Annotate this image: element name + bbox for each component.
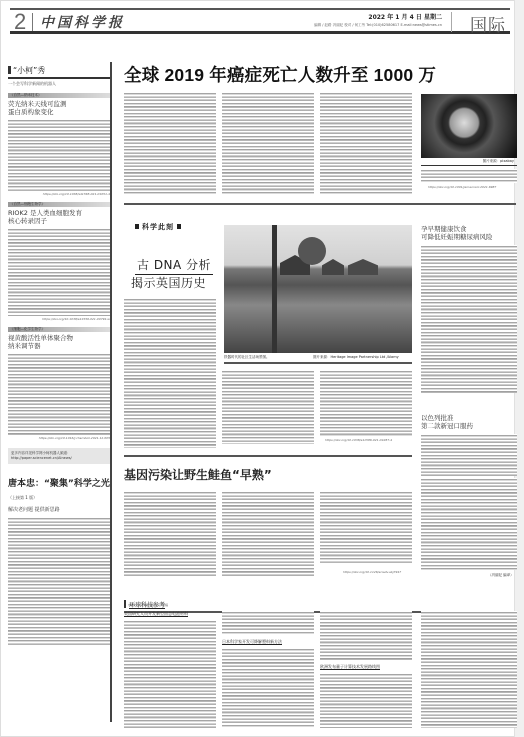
masthead: 2 中国科学报 2022 年 1 月 4 日 星期二 编辑 / 赵路 冯丽妃 校…: [10, 8, 510, 34]
editor-contact: 编辑 / 赵路 冯丽妃 校对 / 何工劳 Tel:(010)62580617 E…: [314, 23, 442, 28]
notice-box[interactable]: 更多内容详见科学网小柯机器人频道： http://paper.sciencene…: [8, 448, 110, 464]
hut: [322, 259, 344, 275]
doi-link[interactable]: https://doi.org/10.1001/jamaoncol.2021.6…: [428, 185, 496, 189]
kicker: 科学此刻: [132, 222, 184, 232]
reference-body-col-3b: [320, 673, 412, 728]
lead-body-col-1: [124, 92, 216, 194]
byline: （冯丽妃 编译）: [488, 573, 514, 578]
brief-title[interactable]: 孕早期健康饮食 可降低妊娠期糖尿病风险: [421, 225, 493, 241]
photo-credit: 图片来源：Heritage Image Partnership Ltd /Ala…: [313, 355, 399, 360]
body-text: [8, 119, 110, 191]
brief-body-text: [421, 245, 517, 393]
divider: [451, 12, 452, 32]
salmon-body-col-4: [421, 478, 517, 570]
science-body-col-3: [320, 370, 412, 436]
reference-body-col-2a: [222, 611, 314, 635]
section-label: 国际: [470, 11, 506, 36]
doi-link[interactable]: https://doi.org/10.1016/j.chembiol.2021.…: [8, 436, 110, 440]
photo-caption: 铁器时代的社区生活场景图。: [224, 355, 270, 360]
body-text: [8, 353, 110, 435]
science-title-line1[interactable]: 古 DNA 分析: [135, 256, 213, 275]
feature-byline: （上接第 1 版）: [8, 495, 110, 501]
divider: [224, 362, 412, 364]
reference-body-col-1: [124, 620, 216, 728]
column-subtitle: 一个会写科学新闻的机器人: [8, 81, 110, 87]
photo-credit: 图片来源：pixabay: [483, 159, 514, 164]
lead-headline[interactable]: 全球 2019 年癌症死亡人数升至 1000 万: [124, 62, 436, 87]
lead-body-col-3: [320, 92, 412, 194]
body-text: [8, 228, 110, 316]
tree: [298, 237, 326, 265]
cancer-cell-photo: [421, 94, 517, 158]
reference-article-title[interactable]: 日本科学家开发可降解塑料新方法: [222, 639, 282, 645]
brief-body-text: [421, 434, 517, 476]
salmon-headline[interactable]: 基因污染让野生鲑鱼“早熟”: [124, 466, 272, 483]
issue-date: 2022 年 1 月 4 日 星期二: [368, 12, 442, 21]
feature-subhead: 解决老问题 提供新思路: [8, 506, 110, 513]
column-header: “小柯”秀: [8, 65, 110, 79]
body-text: [8, 517, 110, 645]
page-number: 2: [14, 11, 26, 33]
reference-body-col-4: [421, 611, 517, 728]
lead-body-col-2: [222, 92, 314, 194]
brief-article: 《细胞—化学生物学》 视黄酸活性单体聚合物 纳米调节器 https://doi.…: [8, 327, 110, 440]
salmon-body-col-1: [124, 491, 216, 577]
reference-article-title[interactable]: 英国研究人员开发新型固态电池材料: [124, 611, 188, 617]
journal-tag: 《自然—细胞生物学》: [8, 202, 110, 207]
square-icon: [135, 224, 139, 229]
column-name: “小柯”秀: [13, 66, 45, 75]
journal-tag: 《自然—纳米技术》: [8, 93, 110, 98]
doi-link[interactable]: https://doi.org/10.1126/sciadv.abj7947: [343, 570, 401, 574]
newspaper-logo: 中国科学报: [40, 12, 125, 32]
salmon-body-col-2: [222, 491, 314, 577]
section-divider: [124, 455, 412, 457]
section-mark-icon: [124, 600, 126, 608]
divider: [421, 165, 517, 166]
square-icon: [177, 224, 181, 229]
brief-title[interactable]: RIOK2 是人类血细胞发育 核心转录因子: [8, 209, 110, 225]
left-column: “小柯”秀 一个会写科学新闻的机器人 《自然—纳米技术》 荧光纳米天线可监测 蛋…: [8, 62, 112, 722]
doi-link[interactable]: https://doi.org/10.1038/s41556-021-00794…: [8, 317, 110, 321]
hut: [348, 259, 378, 275]
feature-title[interactable]: 唐本忠：“聚集”科学之光: [8, 476, 110, 489]
reference-body-col-2b: [222, 648, 314, 728]
science-title-line2[interactable]: 揭示英国历史: [131, 274, 206, 291]
reference-body-col-3a: [320, 611, 412, 661]
section-divider: [124, 203, 516, 205]
brief-article: 《自然—纳米技术》 荧光纳米天线可监测 蛋白质构象变化 https://doi.…: [8, 93, 110, 196]
brief-article: 《自然—细胞生物学》 RIOK2 是人类血细胞发育 核心转录因子 https:/…: [8, 202, 110, 321]
column-mark-icon: [8, 66, 11, 74]
brief-title[interactable]: 荧光纳米天线可监测 蛋白质构象变化: [8, 100, 110, 116]
science-body-col-2: [222, 370, 314, 444]
kicker-label: 科学此刻: [142, 223, 174, 231]
brief-title[interactable]: 以色列批准 第二款新冠口服药: [421, 414, 473, 430]
reference-article-title[interactable]: 欧洲发布量子计算技术发展路线图: [320, 664, 380, 670]
reference-section-subtitle: 中国科学院文献情报中心 供稿: [128, 603, 168, 607]
totem-pole: [272, 225, 277, 353]
salmon-body-col-3: [320, 491, 412, 563]
photo-caption-text: [421, 169, 517, 183]
brief-title[interactable]: 视黄酸活性单体聚合物 纳米调节器: [8, 334, 110, 350]
journal-tag: 《细胞—化学生物学》: [8, 327, 110, 332]
doi-link[interactable]: https://doi.org/10.1038/s41565-021-01051…: [8, 192, 110, 196]
divider: [32, 13, 33, 31]
doi-link[interactable]: https://doi.org/10.1038/s41586-021-04287…: [325, 438, 392, 442]
iron-age-illustration: [224, 225, 412, 353]
reference-section-header: 环球科技参考: [124, 592, 516, 613]
science-body-col-1: [124, 298, 216, 448]
